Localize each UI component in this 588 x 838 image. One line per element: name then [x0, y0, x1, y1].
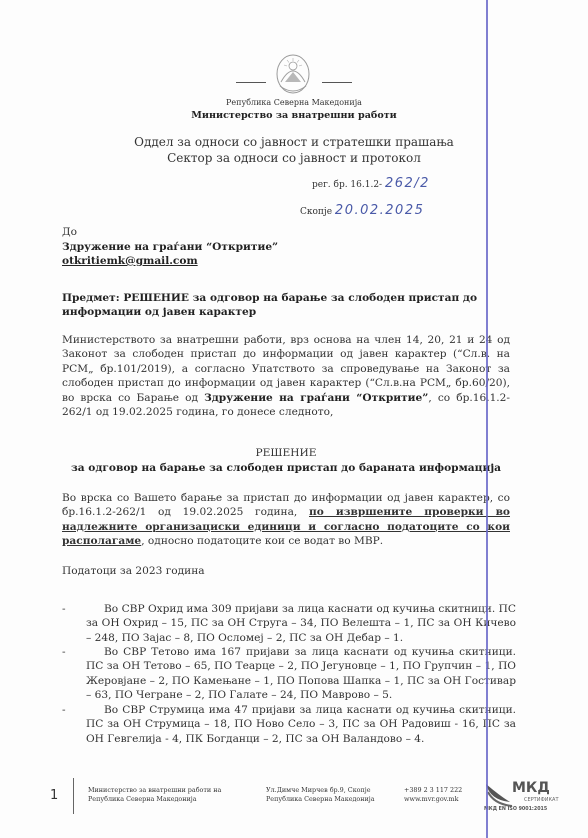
- page-number: 1: [50, 788, 58, 803]
- footer-address-line-1: Ул.Димче Мирчев бр.9, Скопје: [266, 786, 375, 795]
- margin-line: [486, 0, 488, 838]
- recipient-name: Здружение на граѓани “Откритие”: [62, 240, 510, 254]
- bullet-dash: -: [62, 602, 66, 616]
- coat-of-arms-icon: [272, 52, 314, 98]
- footer-organization: Министерство за внатрешни работи на Репу…: [88, 786, 221, 804]
- leaf-icon: [484, 782, 514, 808]
- bullet-dash: -: [62, 703, 66, 717]
- document-date: Скопје 20.02.2025: [300, 203, 424, 218]
- footer-address-line-2: Република Северна Македонија: [266, 795, 375, 804]
- subject-label: Предмет:: [62, 292, 120, 304]
- subject-text: РЕШЕНИЕ за одговор на барање за слободен…: [62, 292, 477, 318]
- list-item: -Во СВР Струмица има 47 пријави за лица …: [86, 703, 516, 746]
- cert-logo-text: МКД: [512, 780, 550, 796]
- footer-divider: [73, 778, 74, 814]
- reg-label: рег. бр. 16.1.2-: [312, 180, 382, 190]
- recipient-to: До: [62, 225, 510, 239]
- footer-website-link[interactable]: www.mvr.gov.mk: [404, 795, 462, 804]
- response-text-2: , односно податоците кои се водат во МВР…: [141, 535, 383, 547]
- cert-standard: МКД EN ISO 9001:2015: [484, 807, 547, 812]
- list-item: -Во СВР Тетово има 167 пријави за лица к…: [86, 645, 516, 703]
- response-paragraph: Во врска со Вашето барање за пристап до …: [62, 491, 510, 549]
- intro-paragraph: Министерството за внатрешни работи, врз …: [62, 333, 510, 419]
- footer-contact: +389 2 3 117 222 www.mvr.gov.mk: [404, 786, 462, 804]
- footer-phone: +389 2 3 117 222: [404, 786, 462, 795]
- emblem-rule-right: [322, 82, 352, 83]
- registration-number: рег. бр. 16.1.2- 262/2: [312, 176, 430, 191]
- list-item: -Во СВР Охрид има 309 пријави за лица ка…: [86, 602, 516, 645]
- bullet-dash: -: [62, 645, 66, 659]
- date-handwritten: 20.02.2025: [335, 203, 424, 218]
- list-item-text: Во СВР Охрид има 309 пријави за лица кас…: [86, 603, 516, 644]
- document-page: Република Северна Македонија Министерств…: [0, 0, 588, 838]
- decision-title: РЕШЕНИЕ: [62, 446, 510, 460]
- cert-label: СЕРТИФИКАТ: [524, 797, 559, 803]
- date-label: Скопје: [300, 207, 332, 217]
- department-line-1: Оддел за односи со јавност и стратешки п…: [0, 135, 588, 149]
- data-heading: Податоци за 2023 година: [62, 564, 510, 578]
- list-item-text: Во СВР Струмица има 47 пријави за лица к…: [86, 704, 516, 745]
- decision-subtitle: за одговор на барање за слободен пристап…: [62, 461, 510, 475]
- reg-number-handwritten: 262/2: [385, 176, 430, 191]
- department-line-2: Сектор за односи со јавност и протокол: [0, 151, 588, 165]
- footer-org-line-2: Република Северна Македонија: [88, 795, 221, 804]
- recipient-email-link[interactable]: otkritiemk@gmail.com: [62, 254, 198, 268]
- certificate-logo: МКД СЕРТИФИКАТ МКД EN ISO 9001:2015: [484, 782, 574, 816]
- republic-name: Република Северна Македонија: [0, 98, 588, 107]
- subject: Предмет: РЕШЕНИЕ за одговор на барање за…: [62, 291, 517, 320]
- footer-org-line-1: Министерство за внатрешни работи на: [88, 786, 221, 795]
- list-item-text: Во СВР Тетово има 167 пријави за лица ка…: [86, 646, 516, 701]
- intro-organization: Здружение на граѓани “Откритие”: [204, 392, 428, 404]
- ministry-name: Министерство за внатрешни работи: [0, 110, 588, 121]
- footer-address: Ул.Димче Мирчев бр.9, Скопје Република С…: [266, 786, 375, 804]
- emblem-rule-left: [236, 82, 266, 83]
